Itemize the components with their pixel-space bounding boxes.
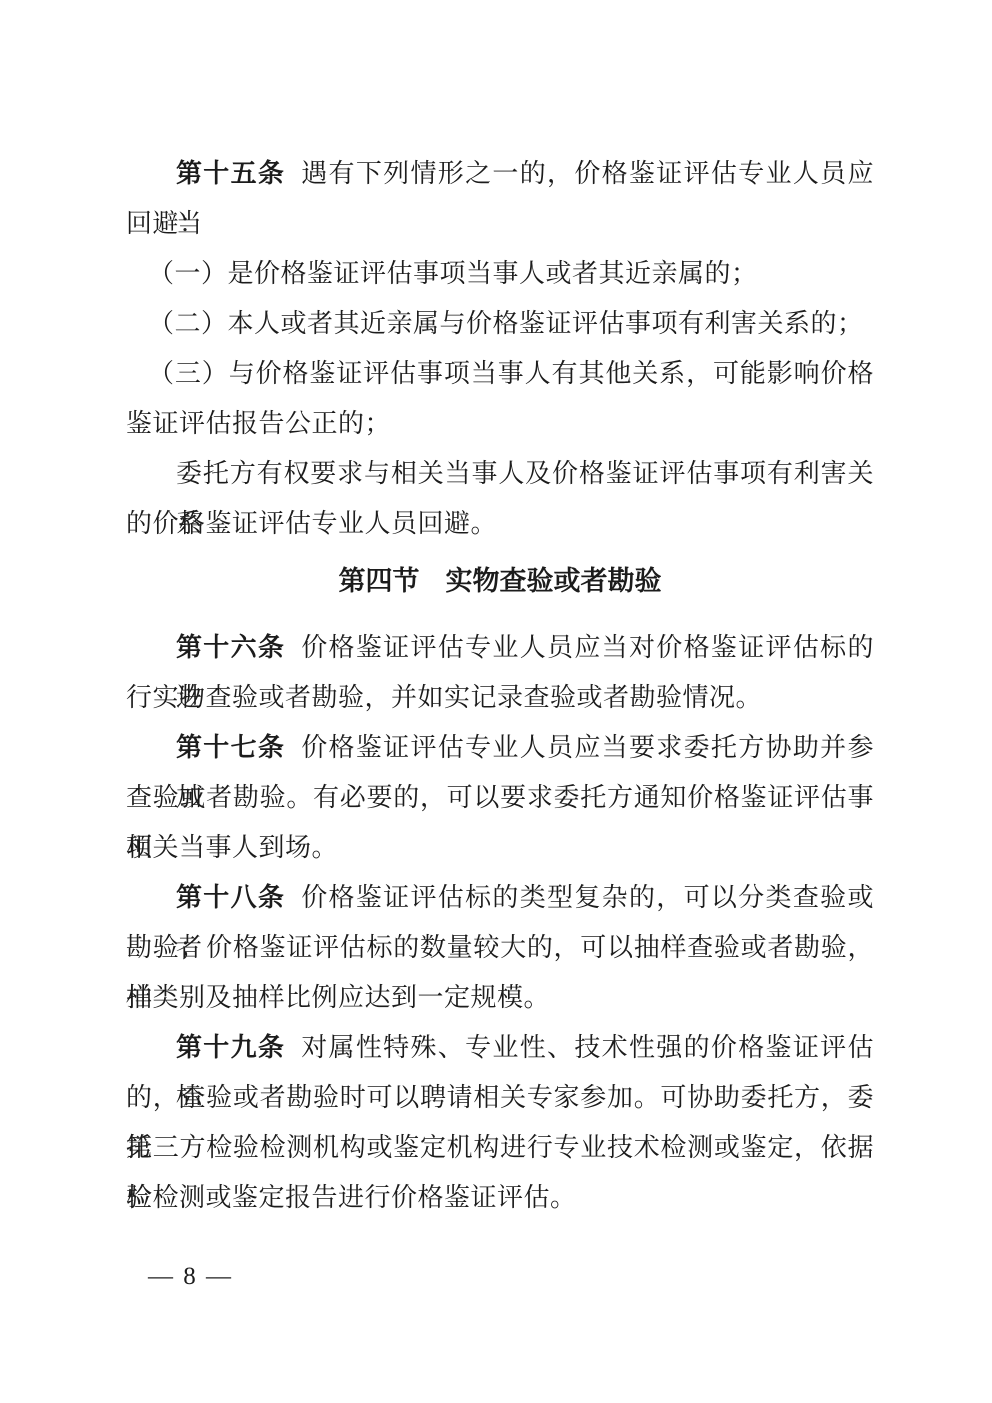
article-19-line: 验检测或鉴定报告进行价格鉴证评估。 [126, 1173, 874, 1223]
article-17-line: 第十七条价格鉴证评估专业人员应当要求委托方协助并参加 [126, 723, 874, 773]
article-19-number: 第十九条 [176, 1033, 285, 1062]
article-16-text: 行实物查验或者勘验，并如实记录查验或者勘验情况。 [126, 683, 762, 712]
article-18-number: 第十八条 [176, 883, 285, 912]
article-17-line: 查验或者勘验。有必要的，可以要求委托方通知价格鉴证评估事项 [126, 773, 874, 823]
article-18-line: 勘验；价格鉴证评估标的数量较大的，可以抽样查验或者勘验，抽 [126, 923, 874, 973]
article-18-line: 样类别及抽样比例应达到一定规模。 [126, 973, 874, 1023]
article-15-line: 第十五条遇有下列情形之一的，价格鉴证评估专业人员应当 [126, 149, 874, 199]
article-19-line: 第三方检验检测机构或鉴定机构进行专业技术检测或鉴定，依据检 [126, 1123, 874, 1173]
item-2-line: （二）本人或者其近亲属与价格鉴证评估事项有利害关系的； [126, 299, 874, 349]
section-4-number: 第四节 [339, 566, 420, 596]
article-15-text: 回避： [126, 209, 206, 238]
article-16-line: 行实物查验或者勘验，并如实记录查验或者勘验情况。 [126, 673, 874, 723]
item-1-line: （一）是价格鉴证评估事项当事人或者其近亲属的； [126, 249, 874, 299]
article-15-line: 回避： [126, 199, 874, 249]
article-16-number: 第十六条 [176, 633, 285, 662]
item-3-text: （三）与价格鉴证评估事项当事人有其他关系，可能影响价格 [148, 359, 874, 388]
article-19-text: 验检测或鉴定报告进行价格鉴证评估。 [126, 1183, 577, 1212]
item-3-line: 鉴证评估报告公正的； [126, 399, 874, 449]
item-3-text: 鉴证评估报告公正的； [126, 409, 391, 438]
article-18-line: 第十八条价格鉴证评估标的类型复杂的，可以分类查验或者 [126, 873, 874, 923]
paragraph-line: 委托方有权要求与相关当事人及价格鉴证评估事项有利害关系 [126, 449, 874, 499]
section-4-heading: 第四节实物查验或者勘验 [126, 556, 874, 606]
article-17-line: 相关当事人到场。 [126, 823, 874, 873]
item-3-line: （三）与价格鉴证评估事项当事人有其他关系，可能影响价格 [126, 349, 874, 399]
article-19-line: 第十九条对属性特殊、专业性、技术性强的价格鉴证评估标 [126, 1023, 874, 1073]
page-number: — 8 — [148, 1262, 233, 1292]
section-4-title: 实物查验或者勘验 [446, 566, 662, 596]
item-1-text: （一）是价格鉴证评估事项当事人或者其近亲属的； [148, 259, 758, 288]
document-body: 第十五条遇有下列情形之一的，价格鉴证评估专业人员应当 回避： （一）是价格鉴证评… [126, 149, 874, 1223]
document-page: 第十五条遇有下列情形之一的，价格鉴证评估专业人员应当 回避： （一）是价格鉴证评… [0, 0, 992, 1403]
article-18-text: 样类别及抽样比例应达到一定规模。 [126, 983, 550, 1012]
article-15-number: 第十五条 [176, 159, 285, 188]
item-2-text: （二）本人或者其近亲属与价格鉴证评估事项有利害关系的； [148, 309, 864, 338]
article-17-number: 第十七条 [176, 733, 285, 762]
article-19-line: 的，查验或者勘验时可以聘请相关专家参加。可协助委托方，委托 [126, 1073, 874, 1123]
paragraph-text: 的价格鉴证评估专业人员回避。 [126, 509, 497, 538]
paragraph-line: 的价格鉴证评估专业人员回避。 [126, 499, 874, 549]
article-16-line: 第十六条价格鉴证评估专业人员应当对价格鉴证评估标的进 [126, 623, 874, 673]
article-17-text: 相关当事人到场。 [126, 833, 338, 862]
